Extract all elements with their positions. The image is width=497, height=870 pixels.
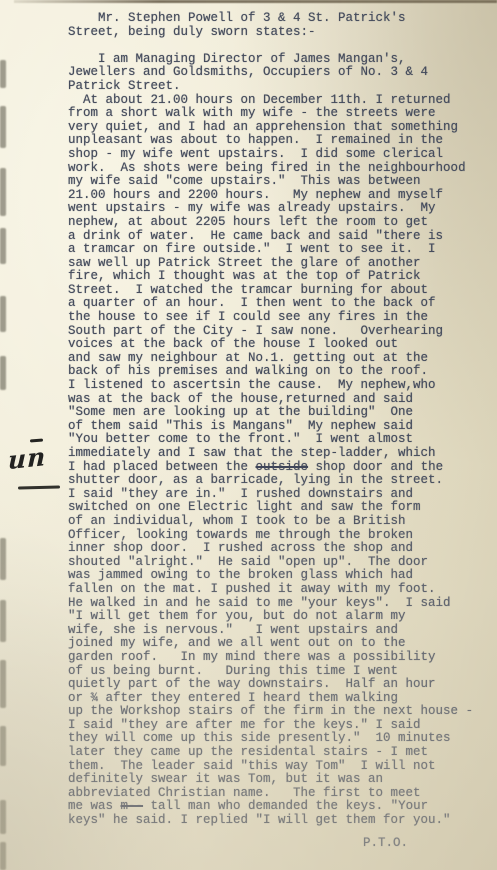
typed-line: me was m-- tall man who demanded the key… [68,799,428,813]
typed-line: 21.00 hours and 2200 hours. My nephew an… [68,188,443,202]
typed-line: was at the back of the house,returned an… [68,392,413,406]
handwritten-underline-mark [18,485,60,489]
typed-line: up the Workshop stairs of the firm in th… [68,704,473,718]
typed-line: a tramcar on fire outside." I went to se… [68,242,436,256]
scan-edge-mark [0,60,6,88]
typed-line: Officer, looking towards me through the … [68,528,413,542]
typed-line: definitely swear it was Tom, but it was … [68,772,383,786]
typed-line: Jewellers and Goldsmiths, Occupiers of N… [68,65,428,79]
typed-line: I listened to ascertsin the cause. My ne… [68,378,436,392]
typed-line: voices at the back of the house I looked… [68,337,398,351]
typed-line: of us being burnt. During this time I we… [68,664,398,678]
scan-edge-mark [0,228,6,264]
typed-line: I had placed between the outside shop do… [68,460,443,474]
typed-line: shutter door, as a barricade, lying in t… [68,473,443,487]
scan-edge-mark [0,296,6,332]
scan-edge-mark [0,726,6,766]
typed-line: immediately and I saw that the step-ladd… [68,446,436,460]
scan-edge-mark [0,356,6,390]
typed-line: and saw my neighbour at No.1. getting ou… [68,351,428,365]
scan-edge-mark [0,660,6,708]
typed-line: inner shop door. I rushed across the sho… [68,541,413,555]
typed-line: shouted "alright." He said "open up". Th… [68,555,428,569]
typed-line: Street, being duly sworn states:- [68,25,316,39]
typed-line: fallen on the mat. I pushed it away with… [68,582,436,596]
typed-line: work. As shots were being fired in the n… [68,161,466,175]
typed-line: they will come up this side presently." … [68,731,451,745]
typed-statement-text: Mr. Stephen Powell of 3 & 4 St. Patrick'… [68,12,491,828]
scan-edge-mark [0,600,6,642]
scan-edge-mark [0,538,6,580]
typed-line: was jammed owing to the broken glass whi… [68,568,413,582]
typed-line: or ¾ after they entered I heard them wal… [68,691,398,705]
typed-line: I said "they are after me for the keys."… [68,718,421,732]
typed-line: back of his premises and walking on to t… [68,364,428,378]
typed-line: from a short walk with my wife - the str… [68,106,436,120]
scan-edge-mark [0,106,6,148]
typed-line: Patrick Street. [68,79,181,93]
typed-line: At about 21.00 hours on December 11th. I… [68,93,451,107]
typed-line: quietly part of the way downstairs. Half… [68,677,436,691]
scan-edge-mark [0,842,6,870]
typed-line: switched on one Electric light and saw t… [68,500,421,514]
typed-line: garden roof. In my mind there was a poss… [68,650,436,664]
pto-footer: P.T.O. [363,836,408,850]
typed-line: nephew, at about 2205 hours left the roo… [68,215,428,229]
typed-line: later they came up the residental stairs… [68,745,428,759]
typed-line: a drink of water. He came back and said … [68,229,443,243]
typed-line: keys" he said. I replied "I will get the… [68,813,451,827]
typed-line: abbreviated Christian name. The first to… [68,786,421,800]
typed-line: them. The leader said "this way Tom" I w… [68,759,436,773]
typed-line: went upstairs - my wife was already upst… [68,201,436,215]
handwritten-note-text: un [8,442,47,475]
typed-line: Street. I watched the tramcar burning fo… [68,283,428,297]
handwritten-margin-note: un [6,434,64,496]
typed-line: a quarter of an hour. I then went to the… [68,296,436,310]
typed-line: unpleasant was about to happen. I remain… [68,133,443,147]
typed-line: shop - my wife went upstairs. I did some… [68,147,443,161]
typed-line: of them said "This is Mangans" My nephew… [68,419,413,433]
typed-line: of an individual, whom I took to be a Br… [68,514,406,528]
typed-line: I said "they are in." I rushed downstair… [68,487,413,501]
typed-line: "Some men are looking up at the building… [68,405,413,419]
typed-line: I am Managing Director of James Mangan's… [68,52,406,66]
document-page: un Mr. Stephen Powell of 3 & 4 St. Patri… [0,0,497,870]
typed-line: Mr. Stephen Powell of 3 & 4 St. Patrick'… [68,11,406,25]
scan-edge-top [14,0,497,3]
typed-line: "You better come to the front." I went a… [68,432,413,446]
typed-line: fire, which I thought was at the top of … [68,269,421,283]
typed-line: He walked in and he said to me "your key… [68,596,451,610]
typed-line: South part of the City - I saw none. Ove… [68,324,443,338]
typed-line: my wife said "come upstairs." This was b… [68,174,421,188]
typed-line: the house to see if I could see any fire… [68,310,428,324]
typed-line: very quiet, and I had an apprehension th… [68,120,458,134]
typed-line: wife, she is nervous." I went upstairs a… [68,623,398,637]
scan-edge-mark [0,168,6,216]
scan-edge-mark [0,800,6,834]
typed-line: "I will get them for you, but do not ala… [68,609,406,623]
typed-line: joined my wife, and we all went out on t… [68,636,406,650]
typed-line: saw well up Patrick Street the glare of … [68,256,421,270]
